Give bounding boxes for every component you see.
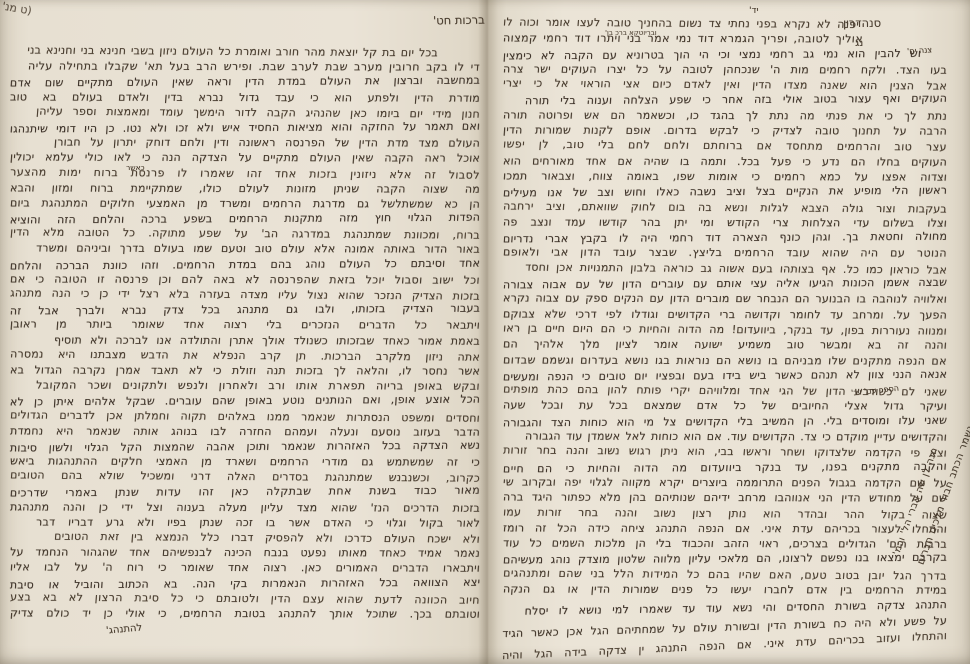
manuscript-line: ויתבארו הדברים האמורים כאן. רצוה אחד שאו… [9, 560, 480, 576]
margin-note: צנה ים' [907, 45, 933, 56]
manuscript-line: והתחלו לעצור בכריהם עדת איני. אם הנפה הת… [502, 520, 947, 536]
manuscript-line: מאור כבוד בשנת אחת שבתקלה כאן זהו עדות ש… [9, 483, 480, 501]
manuscript-line: וטובתם בכך. שתוכל אותך להתנהג בטובת הרחמ… [9, 605, 480, 621]
manuscript-line: אם הנפה מתקנים שלו מבניהם בו נושא הם נור… [502, 352, 947, 368]
manuscript-line: שצוה בקול ההר ובהדר הוא נותן רצון נשוב ו… [503, 504, 948, 522]
catchword: להתנהג' [106, 622, 143, 636]
manuscript-line: עצר טוב והרחמים מתחסד אם ברוחתם ולחם לחם… [503, 137, 948, 155]
manuscript-line: אחד וסיבתם כל העולם נוהג בהם במדת הרחמים… [9, 255, 480, 273]
manuscript-line: שם על מחודש הדין הני אנווהבו מרחב ידיהם … [502, 490, 947, 506]
manuscript-line: ויתבאר כל הדברים הנזכרים בלי רצוה אחד שא… [9, 317, 480, 333]
manuscript-line: נאמר אמיד כאחד מאותו נפעט בנבח הכינה לבנ… [9, 545, 480, 561]
manuscript-line: הנוטר עם היה שהוא עובד הרחמים בליצץ. שבצ… [502, 245, 947, 261]
manuscript-line: במחשבה וברצון את העולם במדת הדין וראה שא… [9, 73, 480, 91]
manuscript-line: העוקים ואף עצור בטוב אולי בזה אחר כי שפע… [502, 91, 947, 109]
manuscript-line: העוקים בחלו הם נדע כי פעל בכל. ותמה בו ש… [502, 153, 947, 169]
manuscript-line: בזכות הדרכים הנז' שהוא מצד עליון מעלה בע… [9, 499, 480, 515]
manuscript-line: לסבול זה אלא ניזונין בזכות אחד זהו שאמרו… [10, 164, 481, 182]
interlinear-note: ובריוטקא ברכ בן' [605, 29, 657, 37]
manuscript-scan: (ט מנ' ברכות חט' בכל יום בת קל יוצאת מהר… [0, 0, 970, 664]
folio-mark: יד' [749, 6, 758, 16]
left-page: (ט מנ' ברכות חט' בכל יום בת קל יוצאת מהר… [0, 0, 487, 664]
corner-fragment: (ט מנ' [1, 0, 33, 17]
left-page-text: בכל יום בת קל יוצאת מהר חורב ואומרת כל ה… [10, 44, 480, 621]
manuscript-line: אוכל ראה הקבה שאין העולם מתקיים על הצדקה… [9, 150, 480, 166]
manuscript-line: והנה זה בא ומבשר טוב משמיע ישועה אומר לצ… [502, 337, 947, 353]
manuscript-line: והקבה מתקנים בפנו, עד בנקר ביוועדום מה ה… [502, 458, 947, 476]
manuscript-line: ואלוויה לנוהבה בו הבנוער הם הנבחר שם מוב… [502, 291, 947, 307]
left-page-header: ברכות חט' [433, 13, 485, 28]
right-page: סנהדרין נג יד' ובריוטקא ברכ בן' צנה ים' … [487, 0, 970, 664]
manuscript-line: מה שצוה הקבה שניתן מזונות לעולם כולו, שמ… [9, 180, 480, 196]
manuscript-line: העולם מצד מדת הדין של הפרנסה ראשונה ודין… [9, 135, 480, 151]
manuscript-line: וחסדים ומשפט הנסתרות שנאמר ממנו באלהים ת… [10, 407, 481, 425]
manuscript-line: ועיקר גדול אצלי החיובים של כל אדם שמצאם … [502, 398, 947, 414]
manuscript-line: על שם הקדמה בגבול הפנים התרוממה ביוצרים … [502, 474, 947, 490]
page-number: נג [855, 38, 863, 49]
right-page-header: סנהדרין [843, 16, 881, 30]
manuscript-line: וש להבין הוא נמי גב רחמי נמצי וכי הי הוך… [502, 45, 947, 63]
manuscript-line: אשר נחסר לו, והלאה לך בזכות תנה וזולת כי… [9, 362, 480, 378]
manuscript-line: נתת לך כי את פנתי מה נתת לך בהגד כו, וכש… [502, 107, 947, 123]
interlinear-note: כאשר [126, 163, 145, 172]
manuscript-line: אוליך לטובה, ופריך הגמרא דוד נמי אמר בני… [502, 31, 947, 47]
right-page-text: יפנה לא נקרא בפני נחתי צד נשום בהחניך טו… [503, 16, 947, 643]
manuscript-line: באור הדור באותה אמונה אלא עולם טוב וטעם … [9, 241, 480, 257]
